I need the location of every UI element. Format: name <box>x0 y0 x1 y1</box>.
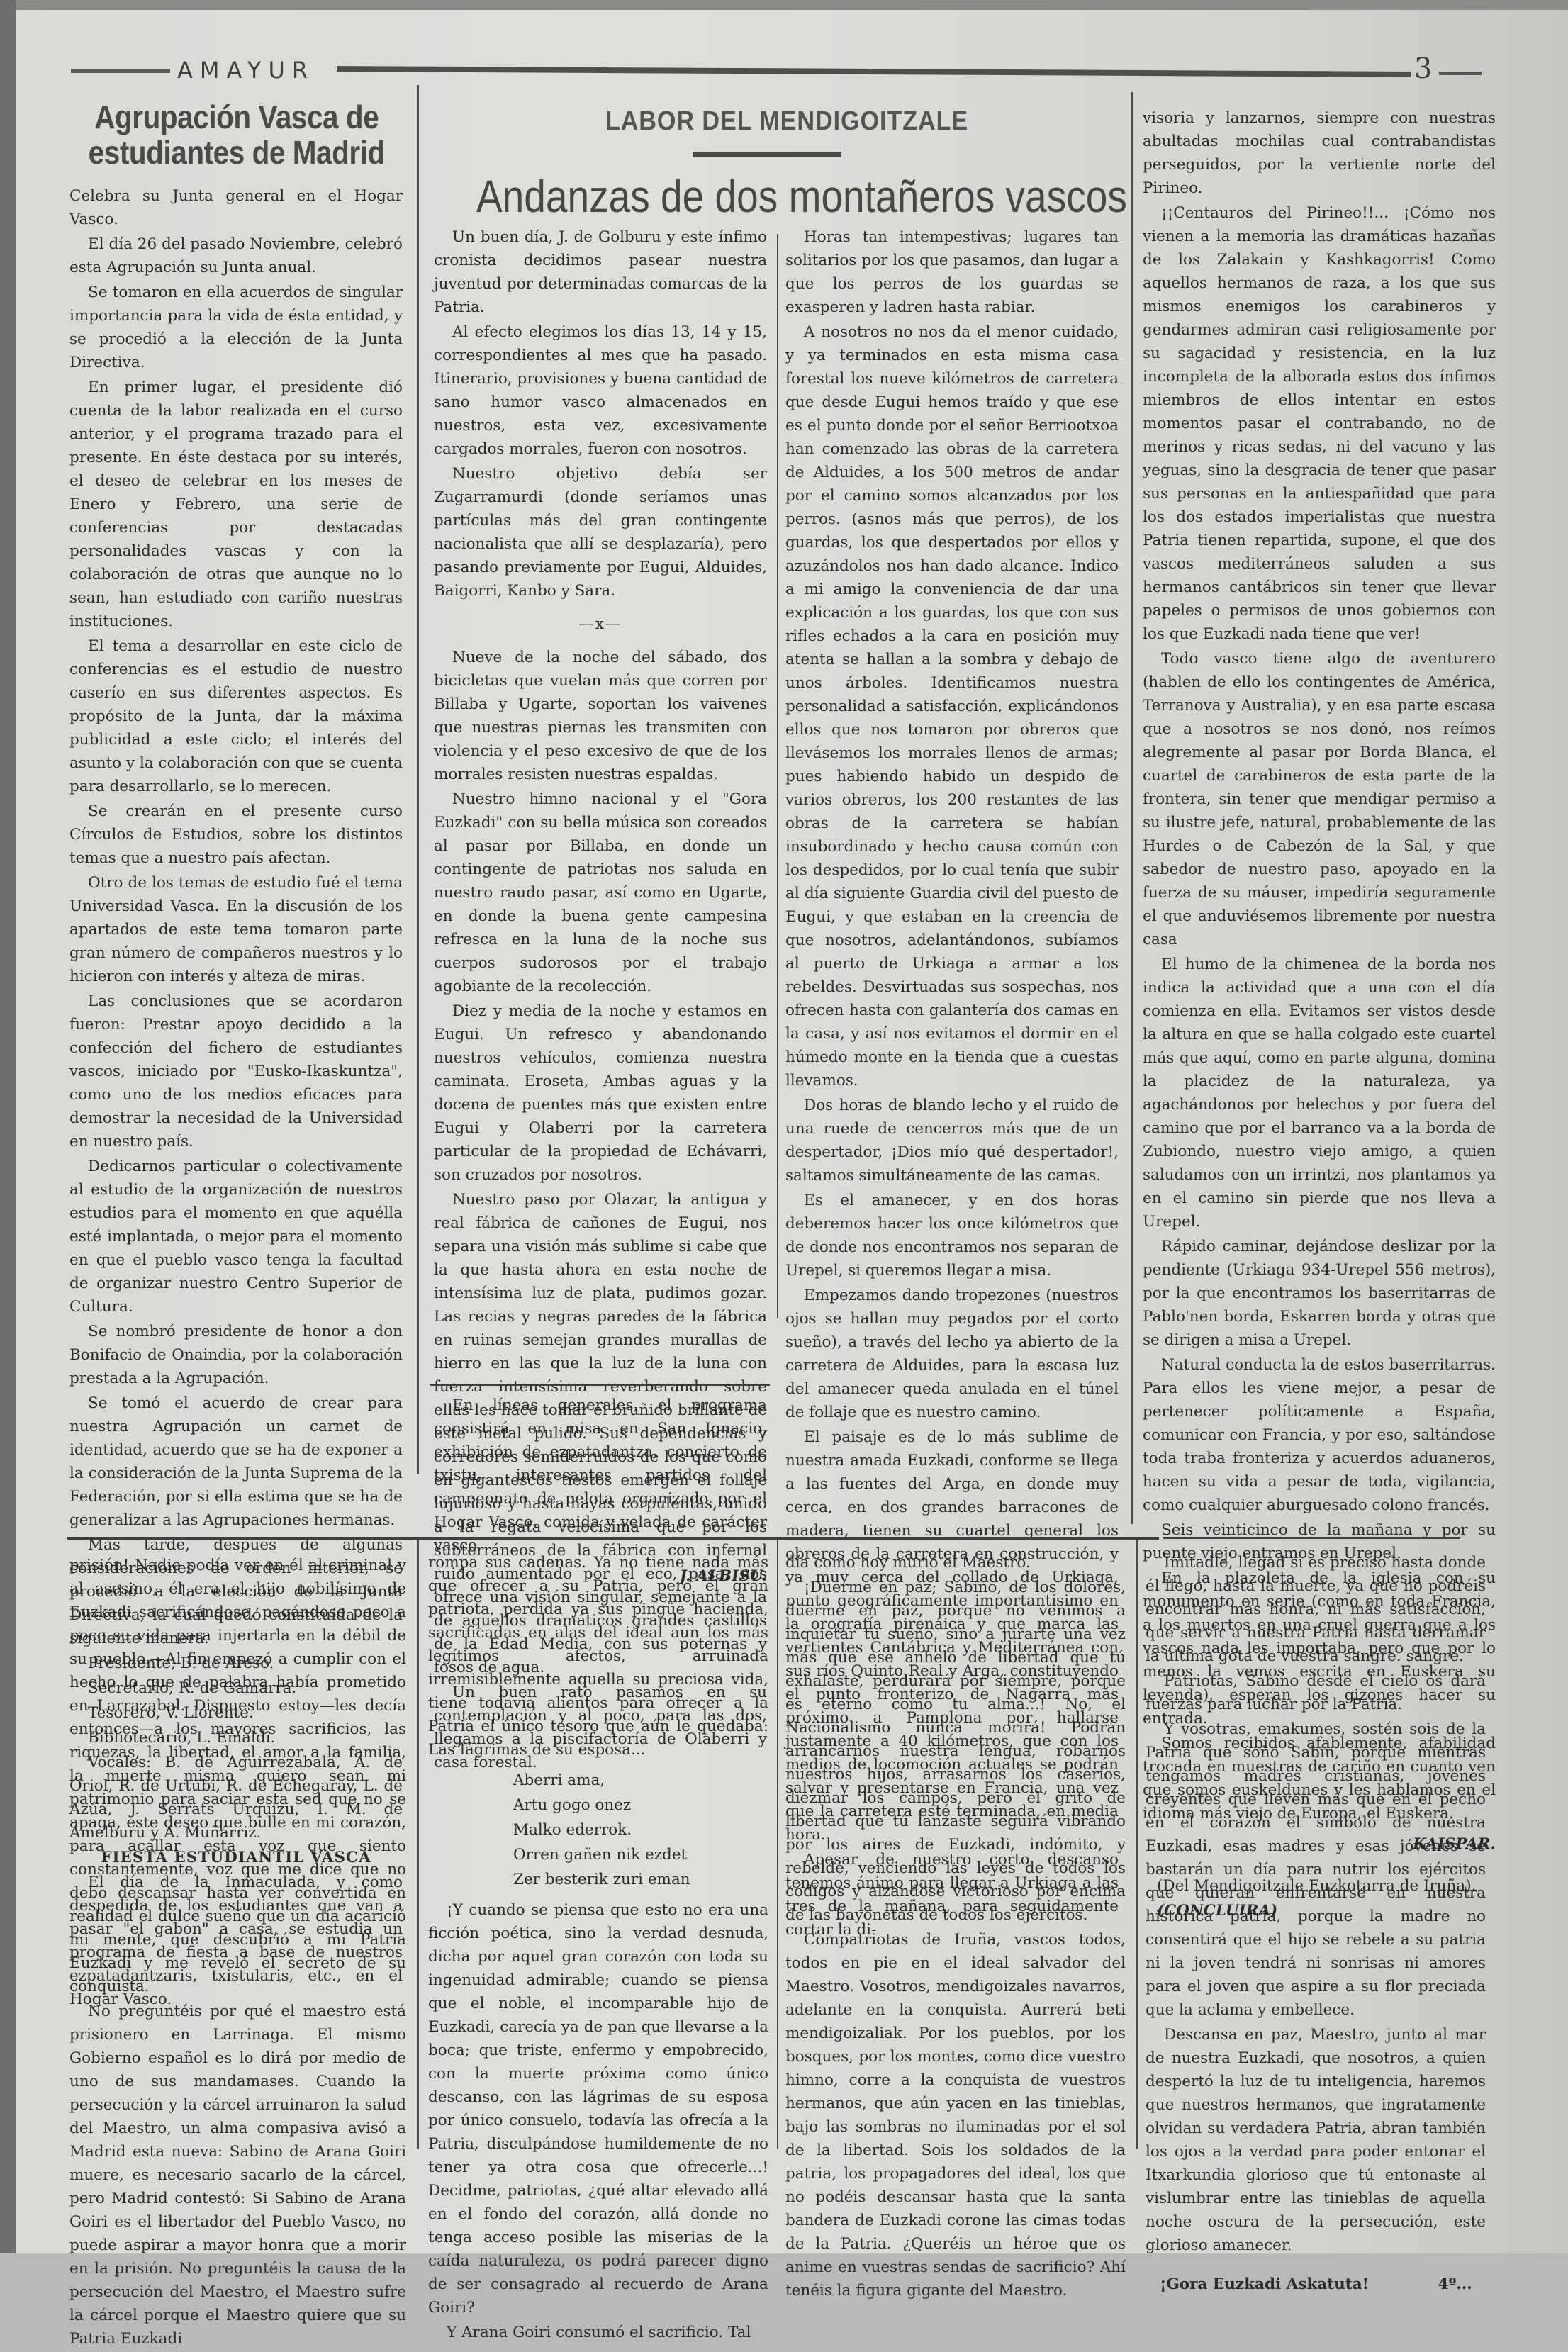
paragraph: Se tomó el acuerdo de crear para nuestra… <box>69 1391 403 1532</box>
column-body: Un buen día, J. de Golburu y este ínfimo… <box>434 225 767 603</box>
paragraph: Es el amanecer, y en dos horas deberemos… <box>785 1189 1119 1282</box>
section-kicker: LABOR DEL MENDIGOITZALE <box>525 106 1048 137</box>
page-number: 3 <box>1414 52 1432 85</box>
masthead: AMAYUR 3 <box>71 58 1489 86</box>
paragraph: A nosotros no nos da el menor cuidado, y… <box>785 320 1119 1092</box>
bottom-column-4: Imitadle, llegad si es preciso hasta don… <box>1146 1551 1486 2253</box>
paragraph: prisión! Nadie podía ver en él al crimin… <box>69 1554 406 1998</box>
masthead-rule <box>337 66 1411 77</box>
paragraph: Descansa en paz, Maestro, junto al mar d… <box>1146 2023 1486 2253</box>
bottom-column-1: prisión! Nadie podía ver en él al crimin… <box>69 1554 406 2253</box>
paragraph: Empezamos dando tropezones (nuestros ojo… <box>785 1284 1119 1424</box>
paragraph: Un buen día, J. de Golburu y este ínfimo… <box>434 225 767 319</box>
paragraph: Se tomaron en ella acuerdos de singular … <box>69 281 403 374</box>
scan-border-left <box>0 0 16 2253</box>
column-rule <box>417 85 419 1474</box>
poem-line: Aberri ama, <box>428 1769 768 1792</box>
paragraph: Al efecto elegimos los días 13, 14 y 15,… <box>434 320 767 461</box>
paragraph: día como hoy murió el Maestro. <box>785 1551 1126 1574</box>
masthead-rule-right <box>1439 72 1482 75</box>
paragraph: Dos horas de blando lecho y el ruido de … <box>785 1094 1119 1187</box>
kicker-rule <box>693 152 841 157</box>
paragraph: Y vosotras, emakumes, sostén sois de la … <box>1146 1718 1486 2022</box>
poem-line: Zer besterik zuri eman <box>428 1868 768 1891</box>
section-rule <box>67 1537 1159 1540</box>
poem: Aberri ama,Artu gogo onezMalko ederrok.O… <box>428 1769 768 1891</box>
column-body: día como hoy murió el Maestro.¡Duerme en… <box>785 1551 1126 2253</box>
paragraph: Patriotas, Sabino desde el cielo os dará… <box>1146 1669 1486 1716</box>
paragraph: Nueve de la noche del sábado, dos bicicl… <box>434 646 767 786</box>
paragraph: En líneas generales, el programa consist… <box>434 1394 767 1557</box>
paragraph: Nuestro objetivo debía ser Zugarramurdi … <box>434 462 767 603</box>
paragraph: Natural conducta la de estos baserritarr… <box>1143 1353 1496 1517</box>
article-title: Agrupación Vasca de estudiantes de Madri… <box>69 99 404 170</box>
column-body: rompa sus cadenas. Ya no tiene nada más … <box>428 1551 768 1762</box>
paragraph: Se crearán en el presente curso Círculos… <box>69 800 403 870</box>
poem-line: Orren gañen nik ezdet <box>428 1843 768 1866</box>
paragraph: El tema a desarrollar en este ciclo de c… <box>69 634 403 798</box>
paragraph: Las conclusiones que se acordaron fueron… <box>69 990 403 1153</box>
column-rule <box>1136 1540 1138 2149</box>
paragraph: visoria y lanzarnos, siempre con nuestra… <box>1143 106 1496 200</box>
column-rule <box>1131 92 1133 1524</box>
column-body: Imitadle, llegad si es preciso hasta don… <box>1146 1551 1486 2253</box>
poem-line: Malko ederrok. <box>428 1818 768 1842</box>
newspaper-page: AMAYUR 3 Agrupación Vasca de estudiantes… <box>0 0 1568 2253</box>
paragraph: ¡Duerme en paz; Sabino, de los dolores, … <box>785 1576 1126 1927</box>
column-rule <box>777 1540 778 2149</box>
column-body: ¡Y cuando se piensa que esto no era una … <box>428 1898 768 2253</box>
poem-line: Artu gogo onez <box>428 1793 768 1817</box>
paragraph: Se nombró presidente de honor a don Boni… <box>69 1320 403 1390</box>
paragraph: Imitadle, llegad si es preciso hasta don… <box>1146 1551 1486 1668</box>
box-rule <box>430 1384 770 1386</box>
article-body: Celebra su Junta general en el Hogar Vas… <box>69 184 403 1650</box>
scan-border-top <box>0 0 1568 10</box>
paragraph: Dedicarnos particular o colectivamente a… <box>69 1155 403 1318</box>
publication-name: AMAYUR <box>177 57 315 84</box>
masthead-rule-left <box>71 69 170 73</box>
paragraph: Compatriotas de Iruña, vascos todos, tod… <box>785 1928 1126 2253</box>
paragraph: El humo de la chimenea de la borda nos i… <box>1143 953 1496 1233</box>
article-headline: Andanzas de dos montañeros vascos <box>476 170 1077 223</box>
column-rule <box>417 1540 419 2149</box>
paragraph: ¡Y cuando se piensa que esto no era una … <box>428 1898 768 2253</box>
paragraph: Rápido caminar, dejándose deslizar por l… <box>1143 1235 1496 1352</box>
paragraph: El día 26 del pasado Noviembre, celebró … <box>69 233 403 279</box>
paragraph: En primer lugar, el presidente dió cuent… <box>69 376 403 633</box>
bottom-column-2: rompa sus cadenas. Ya no tiene nada más … <box>428 1551 768 2253</box>
paragraph: Otro de los temas de estudio fué el tema… <box>69 871 403 988</box>
paragraph: Todo vasco tiene algo de aventurero (hab… <box>1143 647 1496 951</box>
paragraph: Diez y media de la noche y estamos en Eu… <box>434 999 767 1187</box>
paragraph: rompa sus cadenas. Ya no tiene nada más … <box>428 1551 768 1762</box>
paragraph: Celebra su Junta general en el Hogar Vas… <box>69 184 403 231</box>
column-body: prisión! Nadie podía ver en él al crimin… <box>69 1554 406 2253</box>
section-rule <box>1163 1537 1460 1539</box>
paragraph: Nuestro himno nacional y el "Gora Euzkad… <box>434 788 767 998</box>
column-rule <box>777 234 778 1318</box>
bottom-column-3: día como hoy murió el Maestro.¡Duerme en… <box>785 1551 1126 2253</box>
paragraph: ¡¡Centauros del Pirineo!!... ¡Cómo nos v… <box>1143 201 1496 646</box>
paragraph: No preguntéis por qué el maestro está pr… <box>69 2000 406 2253</box>
section-divider: —x— <box>434 612 767 636</box>
paragraph: Horas tan intempestivas; lugares tan sol… <box>785 225 1119 319</box>
